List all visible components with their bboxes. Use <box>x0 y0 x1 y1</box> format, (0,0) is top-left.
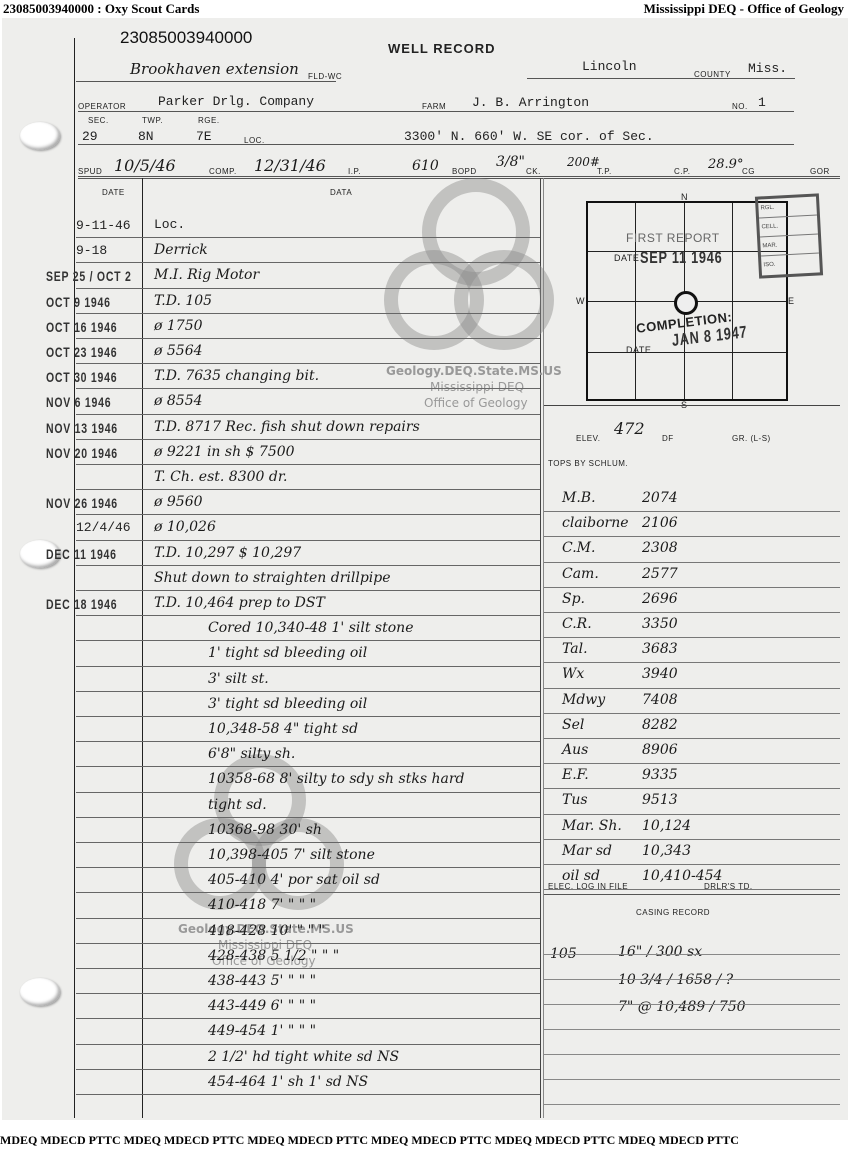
log-entry: ø 10,026 <box>154 519 216 535</box>
formation-depth: 9335 <box>642 767 678 783</box>
log-date: DEC 18 1946 <box>46 596 117 612</box>
log-entry: 418-428 10' " " " <box>208 923 325 939</box>
well-no-label: NO. <box>732 102 748 111</box>
formation-depth: 2106 <box>642 515 678 531</box>
document-title: 23085003940000 : Oxy Scout Cards <box>3 1 199 17</box>
rge-value: 7E <box>196 129 212 144</box>
formation-name: C.R. <box>562 616 592 632</box>
log-entry: 10,348-58 4" tight sd <box>208 721 358 737</box>
formation-name: Tal. <box>562 641 588 657</box>
spud-value: 10/5/46 <box>114 156 176 175</box>
east-label: E <box>788 296 795 306</box>
formation-name: Tus <box>562 792 588 808</box>
log-entry: Loc. <box>154 217 185 232</box>
log-entry: 454-464 1' sh 1' sd NS <box>208 1074 368 1090</box>
log-date: 9-18 <box>76 243 107 258</box>
choke-label: CK. <box>526 167 541 176</box>
log-entry: T.D. 8717 Rec. fish shut down repairs <box>154 419 420 435</box>
formation-name: claiborne <box>562 515 629 531</box>
formation-name: Sel <box>562 717 584 733</box>
log-entry: M.I. Rig Motor <box>154 267 259 283</box>
well-record-card: 23085003940000 WELL RECORD Brookhaven ex… <box>2 18 848 1120</box>
first-report-date: SEP 11 1946 <box>640 248 722 268</box>
log-entry: T. Ch. est. 8300 dr. <box>154 469 287 485</box>
first-report-date-label: DATE <box>614 253 639 263</box>
log-entry: 10358-68 8' silty to sdy sh stks hard <box>208 771 464 787</box>
log-entry: Derrick <box>154 242 208 258</box>
spud-label: SPUD <box>78 167 102 176</box>
casing-record-label: CASING RECORD <box>636 908 710 917</box>
operator-label: OPERATOR <box>78 102 126 111</box>
cp-label: C.P. <box>674 167 691 176</box>
casing-detail: 16" / 300 sx <box>618 944 702 960</box>
punch-hole-bottom <box>20 978 60 1006</box>
formation-name: Sp. <box>562 591 585 607</box>
log-entry: Cored 10,340-48 1' silt stone <box>208 620 413 636</box>
log-entry: ø 1750 <box>154 318 203 334</box>
formation-depth: 3350 <box>642 616 678 632</box>
log-entry: ø 9560 <box>154 494 203 510</box>
log-date: OCT 9 1946 <box>46 294 111 310</box>
log-entry: 449-454 1' " " " <box>208 1023 316 1039</box>
formation-name: M.B. <box>562 490 596 506</box>
north-label: N <box>681 192 688 202</box>
log-entry: 2 1/2' hd tight white sd NS <box>208 1049 399 1065</box>
formation-depth: 3940 <box>642 666 678 682</box>
log-entry: T.D. 10,464 prep to DST <box>154 595 325 611</box>
west-label: W <box>576 296 585 306</box>
log-entry: T.D. 7635 changing bit. <box>154 368 319 384</box>
formation-depth: 9513 <box>642 792 678 808</box>
watermark-line2: Mississippi DEQ <box>430 380 524 394</box>
log-entry: T.D. 105 <box>154 293 212 309</box>
tp-label: T.P. <box>597 167 612 176</box>
log-date: DEC 11 1946 <box>46 546 117 562</box>
log-date: NOV 20 1946 <box>46 445 118 461</box>
margin-line <box>74 38 75 1118</box>
log-date: OCT 16 1946 <box>46 319 117 335</box>
log-date: SEP 25 / OCT 2 <box>46 268 132 284</box>
ip-value: 610 <box>412 158 439 174</box>
log-entry: 3' tight sd bleeding oil <box>208 696 367 712</box>
log-entry: 443-449 6' " " " <box>208 998 316 1014</box>
review-stamp: RGL. CELL. MAR. ISO. <box>755 193 823 278</box>
log-entry: ø 5564 <box>154 343 203 359</box>
well-location-marker <box>674 291 698 315</box>
log-date: NOV 26 1946 <box>46 495 118 511</box>
log-entry: ø 9221 in sh $ 7500 <box>154 444 295 460</box>
df-label: DF <box>662 434 674 443</box>
log-date: 9-11-46 <box>76 218 131 233</box>
tops-label: TOPS BY SCHLUM. <box>548 459 628 468</box>
sec-value: 29 <box>82 129 98 144</box>
log-date: OCT 30 1946 <box>46 369 117 385</box>
punch-hole-top <box>20 122 60 150</box>
gor-label: GOR <box>810 167 830 176</box>
formation-depth: 8906 <box>642 742 678 758</box>
log-date: NOV 6 1946 <box>46 394 111 410</box>
gr-label: GR. (L-S) <box>732 434 771 443</box>
log-entry: 3' silt st. <box>208 671 269 687</box>
operator-value: Parker Drlg. Company <box>158 94 314 109</box>
formation-depth: 7408 <box>642 692 678 708</box>
log-entry: 1' tight sd bleeding oil <box>208 645 367 661</box>
log-entry: 6'8" silty sh. <box>208 746 295 762</box>
field-name: Brookhaven extension <box>130 60 299 78</box>
cg-label: CG <box>742 167 755 176</box>
formation-name: Wx <box>562 666 584 682</box>
formation-depth: 10,343 <box>642 843 691 859</box>
farm-label: FARM <box>422 102 446 111</box>
log-entry: Shut down to straighten drillpipe <box>154 570 391 586</box>
first-report-label: FIRST REPORT <box>626 231 720 245</box>
log-entry: 428-438 5 1/2 " " " <box>208 948 339 964</box>
date-column-divider <box>142 178 143 1118</box>
page-header: 23085003940000 : Oxy Scout Cards Mississ… <box>0 0 850 18</box>
formation-name: E.F. <box>562 767 589 783</box>
log-date: OCT 23 1946 <box>46 344 117 360</box>
footer-banner: MDEQ MDECD PTTC MDEQ MDECD PTTC MDEQ MDE… <box>0 1133 850 1148</box>
data-column-header: DATA <box>330 188 352 197</box>
formation-name: C.M. <box>562 540 595 556</box>
ip-label: I.P. <box>348 167 361 176</box>
log-entry: ø 8554 <box>154 393 203 409</box>
county-value: Lincoln <box>582 59 637 74</box>
watermark-url: Geology.DEQ.State.MS.US <box>386 364 562 378</box>
rge-label: RGE. <box>198 116 220 125</box>
comp-label: COMP. <box>209 167 237 176</box>
log-entry: T.D. 10,297 $ 10,297 <box>154 545 301 561</box>
gravity-value: 28.9° <box>708 157 743 172</box>
form-title: WELL RECORD <box>388 41 496 56</box>
formation-depth: 8282 <box>642 717 678 733</box>
log-date: NOV 13 1946 <box>46 420 118 436</box>
loc-value: 3300' N. 660' W. SE cor. of Sec. <box>404 129 654 144</box>
formation-name: oil sd <box>562 868 600 884</box>
farm-value: J. B. Arrington <box>472 95 589 110</box>
state-value: Miss. <box>748 61 787 76</box>
bopd-label: BOPD <box>452 167 477 176</box>
formation-name: Mdwy <box>562 692 605 708</box>
casing-detail: 7" @ 10,489 / 750 <box>618 999 746 1015</box>
api-number: 23085003940000 <box>120 28 252 48</box>
formation-name: Mar sd <box>562 843 612 859</box>
log-entry: 405-410 4' por sat oil sd <box>208 872 380 888</box>
field-label: FLD-WC <box>308 72 342 81</box>
sec-label: SEC. <box>88 116 109 125</box>
log-entry: 410-418 7' " " " <box>208 897 316 913</box>
formation-depth: 2696 <box>642 591 678 607</box>
choke-value: 3/8" <box>496 154 525 170</box>
well-no-value: 1 <box>758 95 766 110</box>
elev-label: ELEV. <box>576 434 600 443</box>
formation-depth: 10,124 <box>642 818 691 834</box>
log-date: 12/4/46 <box>76 520 131 535</box>
formation-name: Cam. <box>562 566 599 582</box>
formation-depth: 2074 <box>642 490 678 506</box>
formation-name: Aus <box>562 742 588 758</box>
log-entry: tight sd. <box>208 797 267 813</box>
formation-depth: 10,410-454 <box>642 868 722 884</box>
watermark-line3: Office of Geology <box>424 396 528 410</box>
formation-depth: 2577 <box>642 566 678 582</box>
log-entry: 10368-98 30' sh <box>208 822 322 838</box>
tp-value: 200# <box>567 155 600 169</box>
agency-title: Mississippi DEQ - Office of Geology <box>644 1 844 17</box>
formation-name: Mar. Sh. <box>562 818 622 834</box>
log-entry: 438-443 5' " " " <box>208 973 316 989</box>
formation-depth: 3683 <box>642 641 678 657</box>
completion-date-label: DATE <box>626 345 651 355</box>
elev-value: 472 <box>614 419 645 438</box>
date-column-header: DATE <box>102 188 125 197</box>
formation-depth: 2308 <box>642 540 678 556</box>
comp-value: 12/31/46 <box>254 156 326 175</box>
log-entry: 10,398-405 7' silt stone <box>208 847 375 863</box>
twp-label: TWP. <box>142 116 163 125</box>
twp-value: 8N <box>138 129 154 144</box>
